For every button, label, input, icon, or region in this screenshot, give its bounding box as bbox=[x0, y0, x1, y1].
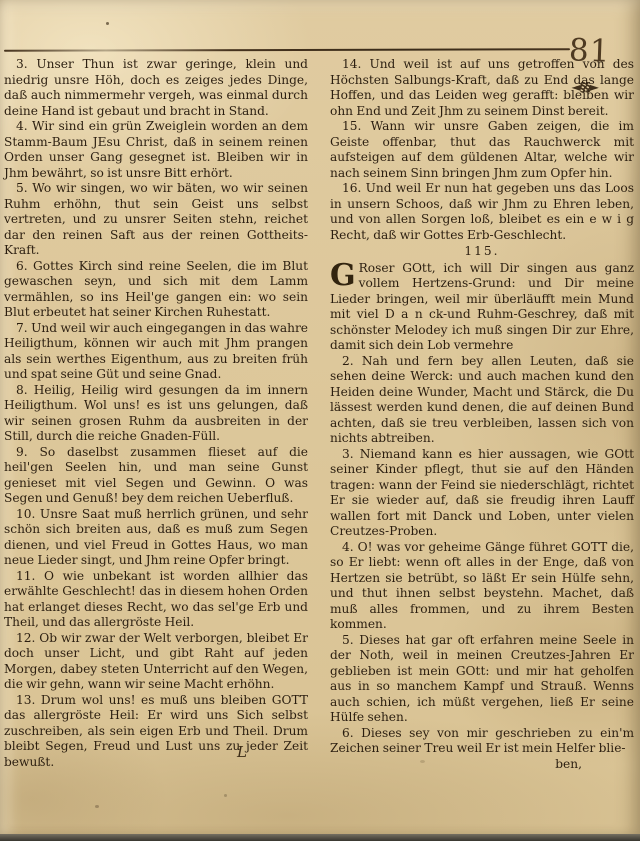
verse-7: 7. Und weil wir auch eingegangen in das … bbox=[4, 321, 308, 383]
left-column: 3. Unser Thun ist zwar geringe, klein un… bbox=[4, 57, 308, 772]
verse-4: 4. Wir sind ein grün Zweiglein worden an… bbox=[4, 119, 308, 181]
ink-speck bbox=[224, 794, 227, 797]
right-column: 14. Und weil ist auf uns getroffen von d… bbox=[330, 57, 634, 772]
verse-10: 10. Unsre Saat muß herrlich grünen, und … bbox=[4, 507, 308, 569]
verse-14: 14. Und weil ist auf uns getroffen von d… bbox=[330, 57, 634, 119]
hymn-verse-6: 6. Dieses sey von mir geschrieben zu ein… bbox=[330, 726, 634, 757]
hymn-number-heading: 115. bbox=[330, 244, 634, 260]
hymn-verse-1-text: Roser GOtt, ich will Dir singen aus ganz… bbox=[330, 261, 634, 353]
ink-speck bbox=[420, 760, 425, 763]
verse-13: 13. Drum wol uns! es muß uns bleiben GOT… bbox=[4, 693, 308, 771]
verse-8: 8. Heilig, Heilig wird gesungen da im in… bbox=[4, 383, 308, 445]
verse-9: 9. So daselbst zusammen flieset auf die … bbox=[4, 445, 308, 507]
hymn-verse-2: 2. Nah und fern bey allen Leuten, daß si… bbox=[330, 354, 634, 447]
ink-speck bbox=[95, 805, 99, 808]
verse-5: 5. Wo wir singen, wo wir bäten, wo wir s… bbox=[4, 181, 308, 259]
hymn-verse-1: GRoser GOtt, ich will Dir singen aus gan… bbox=[330, 261, 634, 354]
hyphen-carryover-word: ben, bbox=[330, 757, 634, 773]
book-page: 81 ◄§§► 3. Unser Thun ist zwar geringe, … bbox=[0, 0, 640, 841]
verse-11: 11. O wie unbekant ist worden allhier da… bbox=[4, 569, 308, 631]
ink-speck bbox=[106, 22, 109, 25]
text-columns: 3. Unser Thun ist zwar geringe, klein un… bbox=[4, 57, 636, 772]
verse-15: 15. Wann wir unsre Gaben zeigen, die im … bbox=[330, 119, 634, 181]
page-bottom-edge bbox=[0, 834, 640, 841]
hymn-verse-5: 5. Dieses hat gar oft erfahren meine See… bbox=[330, 633, 634, 726]
header-rule bbox=[4, 48, 570, 51]
verse-6: 6. Gottes Kirch sind reine Seelen, die i… bbox=[4, 259, 308, 321]
verse-3: 3. Unser Thun ist zwar geringe, klein un… bbox=[4, 57, 308, 119]
drop-cap-initial: G bbox=[330, 261, 359, 289]
verse-12: 12. Ob wir zwar der Welt verborgen, blei… bbox=[4, 631, 308, 693]
signature-mark: L bbox=[237, 743, 247, 761]
verse-16: 16. Und weil Er nun hat gegeben uns das … bbox=[330, 181, 634, 243]
hymn-verse-4: 4. O! was vor geheime Gänge führet GOTT … bbox=[330, 540, 634, 633]
hymn-verse-3: 3. Niemand kann es hier aussagen, wie GO… bbox=[330, 447, 634, 540]
